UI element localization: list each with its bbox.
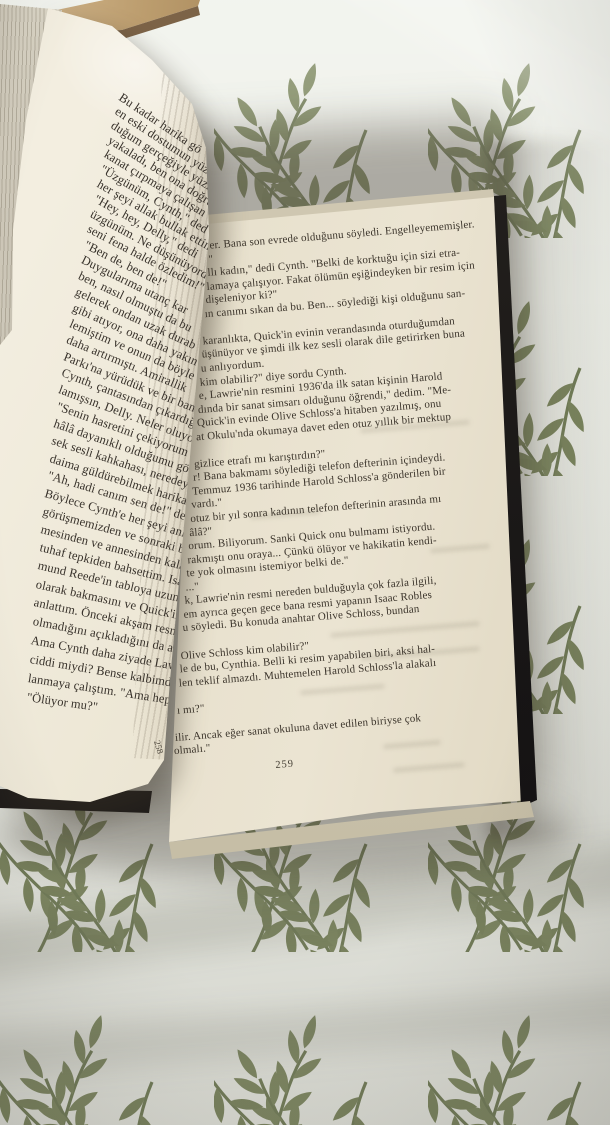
photo-vignette (0, 0, 610, 1125)
photo-open-book-on-fabric: 259 er. Bana son evrede olduğunu söyledi… (0, 0, 610, 1125)
